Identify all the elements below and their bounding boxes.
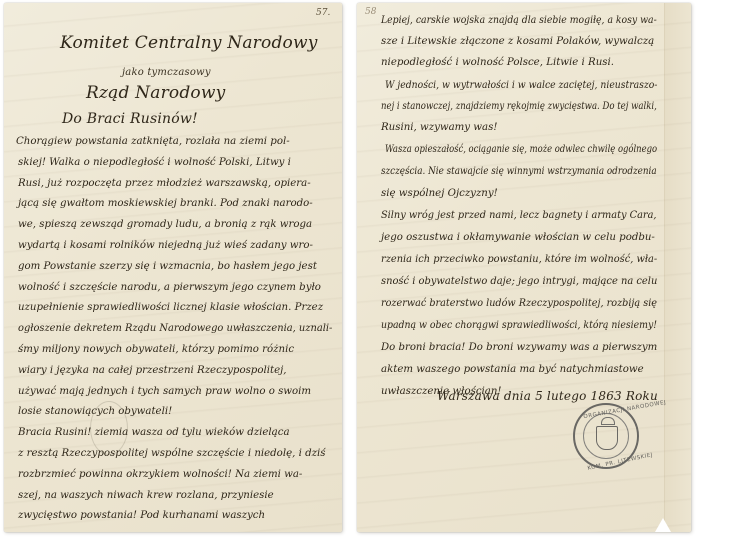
text-line: skiej! Walka o niepodległość i wolność P… bbox=[18, 157, 291, 168]
text-line: z resztą Rzeczypospolitej wspólne szczęś… bbox=[18, 448, 325, 459]
folio-number: 57. bbox=[316, 8, 330, 18]
text-line: wolność i szczęście narodu, a pierwszym … bbox=[18, 282, 321, 293]
official-seal-stamp: ORGANIZACJI NARODOWEJ KOM. PR. LITEWSKIE… bbox=[573, 403, 639, 469]
text-line: nej i stanowczej, znajdziemy rękojmię zw… bbox=[381, 101, 657, 112]
text-line: śmy miljony nowych obywateli, którzy pom… bbox=[18, 344, 294, 355]
shield-emblem-icon bbox=[596, 426, 618, 450]
text-line: używać mają jednych i tych samych praw w… bbox=[18, 386, 311, 397]
text-line: Do broni bracia! Do broni wzywamy was a … bbox=[381, 342, 657, 353]
manuscript-page-right: 58 Lepiej, carskie wojska znajdą dla sie… bbox=[357, 3, 691, 532]
text-line: Chorągiew powstania zatknięta, rozlała n… bbox=[16, 136, 290, 147]
text-line: losie stanowiących obywateli! bbox=[18, 406, 172, 417]
heading-committee-name: Komitet Centralny Narodowy bbox=[60, 33, 318, 53]
text-line: sność i obywatelstwo daje; jego intrygi,… bbox=[381, 276, 657, 287]
heading-salutation: Do Braci Rusinów! bbox=[62, 111, 198, 127]
heading-subtitle: jako tymczasowy bbox=[122, 67, 211, 78]
text-line: sze i Litewskie złączone z kosami Polakó… bbox=[381, 36, 654, 47]
text-line: Wasza opieszałość, ociąganie się, może o… bbox=[385, 144, 657, 155]
text-line: Lepiej, carskie wojska znajdą dla siebie… bbox=[381, 15, 657, 26]
text-line: ogłoszenie dekretem Rządu Narodowego uwł… bbox=[18, 323, 332, 334]
folio-number: 58 bbox=[365, 7, 376, 17]
text-line: wydartą i kosami rolników niejedną już w… bbox=[18, 240, 313, 251]
text-line-overflow: zwycięstwo powstania! Pod kurhanami wasz… bbox=[18, 510, 265, 521]
text-line: niepodległość i wolność Polsce, Litwie i… bbox=[381, 57, 614, 68]
closing-date-line: Warszawa dnia 5 lutego 1863 Roku bbox=[437, 389, 658, 403]
text-line: uzupełnienie sprawiedliwości licznej kla… bbox=[18, 302, 323, 313]
text-line: Silny wróg jest przed nami, lecz bagnety… bbox=[381, 210, 656, 221]
text-line: we, spieszą zewsząd gromady ludu, a bron… bbox=[18, 219, 312, 230]
text-line: jego oszustwa i okłamywanie włościan w c… bbox=[381, 232, 655, 243]
text-line: jącą się gwałtom moskiewskiej branki. Po… bbox=[18, 198, 313, 209]
text-line: Rusi, już rozpoczęta przez młodzież wars… bbox=[18, 178, 311, 189]
heading-government: Rząd Narodowy bbox=[86, 83, 225, 103]
text-line: szczęścia. Nie stawajcie się winnymi wst… bbox=[381, 166, 657, 177]
text-line: W jedności, w wytrwałości i w walce zaci… bbox=[385, 80, 657, 91]
torn-corner bbox=[655, 518, 671, 532]
text-line: Rusini, wzywamy was! bbox=[381, 122, 497, 133]
text-line: rozbrzmieć powinna okrzykiem wolności! N… bbox=[18, 469, 302, 480]
text-line: Bracia Rusini! ziemia wasza od tylu wiek… bbox=[18, 427, 290, 438]
crown-icon bbox=[601, 417, 615, 425]
text-line: szej, na waszych niwach krew rozlana, pr… bbox=[18, 490, 274, 501]
page-margin-fold bbox=[664, 3, 691, 532]
manuscript-page-left: 57. Komitet Centralny Narodowy jako tymc… bbox=[4, 3, 342, 532]
text-line: rzenia ich przeciwko powstaniu, które im… bbox=[381, 254, 657, 265]
text-line: aktem waszego powstania ma być natychmia… bbox=[381, 364, 644, 375]
text-line: upadną w obec chorągwi sprawiedliwości, … bbox=[381, 320, 657, 331]
text-line: wiary i języka na całej przestrzeni Rzec… bbox=[18, 365, 287, 376]
text-line: rozerwać braterstwo ludów Rzeczypospolit… bbox=[381, 298, 657, 309]
text-line: się wspólnej Ojczyzny! bbox=[381, 188, 498, 199]
text-line: gom Powstanie szerzy się i wzmacnia, bo … bbox=[18, 261, 317, 272]
